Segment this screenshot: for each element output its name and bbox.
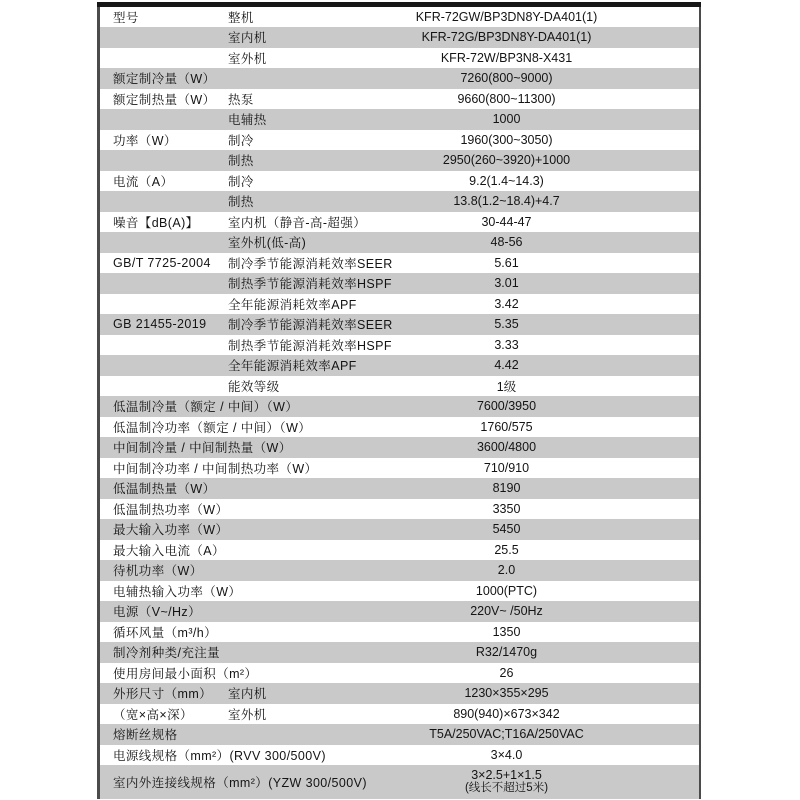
row-value: 710/910 xyxy=(314,461,699,475)
table-row: 电辅热1000 xyxy=(100,109,699,130)
row-value-line2: (线长不超过5米) xyxy=(314,782,699,795)
row-category-label: （宽×高×深） xyxy=(113,705,193,723)
row-category-label: 制冷剂种类/充注量 xyxy=(113,643,220,661)
table-row: 电辅热输入功率（W）1000(PTC) xyxy=(100,581,699,602)
row-sub-label: 制热 xyxy=(228,192,254,210)
row-value: 13.8(1.2~18.4)+4.7 xyxy=(314,194,699,208)
row-value: 1350 xyxy=(314,625,699,639)
row-value: 3350 xyxy=(314,502,699,516)
row-value: R32/1470g xyxy=(314,645,699,659)
row-value: 26 xyxy=(314,666,699,680)
table-row: 使用房间最小面积（m²）26 xyxy=(100,663,699,684)
row-value: 3.01 xyxy=(314,276,699,290)
row-value: 3×4.0 xyxy=(314,748,699,762)
table-row: 低温制冷功率（额定 / 中间）（W）1760/575 xyxy=(100,417,699,438)
table-row: 低温制热量（W）8190 xyxy=(100,478,699,499)
row-value: KFR-72GW/BP3DN8Y-DA401(1) xyxy=(314,10,699,24)
row-value: 25.5 xyxy=(314,543,699,557)
row-category-label: 低温制热量（W） xyxy=(113,479,216,497)
table-row: 电源线规格（mm²）(RVV 300/500V)3×4.0 xyxy=(100,745,699,766)
table-row: 最大输入功率（W）5450 xyxy=(100,519,699,540)
table-row: 额定制热量（W）热泵9660(800~11300) xyxy=(100,89,699,110)
row-value: 1000 xyxy=(314,112,699,126)
table-row: GB/T 7725-2004制冷季节能源消耗效率SEER5.61 xyxy=(100,253,699,274)
row-value: 1960(300~3050) xyxy=(314,133,699,147)
table-row: 中间制冷功率 / 中间制热功率（W）710/910 xyxy=(100,458,699,479)
row-category-label: 功率（W） xyxy=(113,131,177,149)
spec-table: 型号整机KFR-72GW/BP3DN8Y-DA401(1)室内机KFR-72G/… xyxy=(97,7,701,799)
table-row: 制热季节能源消耗效率HSPF3.01 xyxy=(100,273,699,294)
row-category-label: 电源（V~/Hz） xyxy=(113,602,201,620)
row-sub-label: 制热 xyxy=(228,151,254,169)
row-value: 7260(800~9000) xyxy=(314,71,699,85)
row-value: 1000(PTC) xyxy=(314,584,699,598)
row-category-label: 使用房间最小面积（m²） xyxy=(113,664,257,682)
row-category-label: 低温制热功率（W） xyxy=(113,500,228,518)
row-sub-label: 整机 xyxy=(228,8,254,26)
row-value: 3.33 xyxy=(314,338,699,352)
table-row: 能效等级1级 xyxy=(100,376,699,397)
table-row: 制热13.8(1.2~18.4)+4.7 xyxy=(100,191,699,212)
table-row: 循环风量（m³/h）1350 xyxy=(100,622,699,643)
row-value: 1760/575 xyxy=(314,420,699,434)
row-category-label: 电源线规格（mm²）(RVV 300/500V) xyxy=(113,746,326,764)
table-row: GB 21455-2019制冷季节能源消耗效率SEER5.35 xyxy=(100,314,699,335)
row-value: 30-44-47 xyxy=(314,215,699,229)
row-value: 5450 xyxy=(314,522,699,536)
row-sub-label: 室外机 xyxy=(228,49,267,67)
table-row: 室外机KFR-72W/BP3N8-X431 xyxy=(100,48,699,69)
row-category-label: 额定制冷量（W） xyxy=(113,69,216,87)
row-category-label: 熔断丝规格 xyxy=(113,725,178,743)
table-row: 熔断丝规格T5A/250VAC;T16A/250VAC xyxy=(100,724,699,745)
row-value: 1230×355×295 xyxy=(314,686,699,700)
table-row: 全年能源消耗效率APF4.42 xyxy=(100,355,699,376)
table-row: 制热2950(260~3920)+1000 xyxy=(100,150,699,171)
table-row: 室内机KFR-72G/BP3DN8Y-DA401(1) xyxy=(100,27,699,48)
table-row: 待机功率（W）2.0 xyxy=(100,560,699,581)
row-value: 48-56 xyxy=(314,235,699,249)
spec-table-rows: 型号整机KFR-72GW/BP3DN8Y-DA401(1)室内机KFR-72G/… xyxy=(100,7,699,799)
row-category-label: 中间制冷功率 / 中间制热功率（W） xyxy=(113,459,317,477)
row-category-label: 电辅热输入功率（W） xyxy=(113,582,241,600)
row-value: 5.35 xyxy=(314,317,699,331)
table-row: 室内外连接线规格（mm²）(YZW 300/500V)3×2.5+1×1.5(线… xyxy=(100,765,699,799)
row-value: 890(940)×673×342 xyxy=(314,707,699,721)
table-row: 低温制冷量（额定 / 中间）（W）7600/3950 xyxy=(100,396,699,417)
row-value: 2950(260~3920)+1000 xyxy=(314,153,699,167)
table-row: 型号整机KFR-72GW/BP3DN8Y-DA401(1) xyxy=(100,7,699,28)
row-category-label: 额定制热量（W） xyxy=(113,90,216,108)
row-category-label: 低温制冷量（额定 / 中间）（W） xyxy=(113,397,298,415)
row-value: 4.42 xyxy=(314,358,699,372)
row-value: 2.0 xyxy=(314,563,699,577)
table-row: 电源（V~/Hz）220V~ /50Hz xyxy=(100,601,699,622)
table-row: 制热季节能源消耗效率HSPF3.33 xyxy=(100,335,699,356)
row-sub-label: 室内机 xyxy=(228,684,267,702)
row-category-label: 型号 xyxy=(113,8,139,26)
row-value: 220V~ /50Hz xyxy=(314,604,699,618)
row-sub-label: 室内机 xyxy=(228,28,267,46)
row-value: 9660(800~11300) xyxy=(314,92,699,106)
row-value-line1: 3×2.5+1×1.5 xyxy=(314,769,699,782)
row-sub-label: 能效等级 xyxy=(228,377,280,395)
row-value: 3.42 xyxy=(314,297,699,311)
row-sub-label: 制冷 xyxy=(228,131,254,149)
row-value: T5A/250VAC;T16A/250VAC xyxy=(314,727,699,741)
row-category-label: 中间制冷量 / 中间制热量（W） xyxy=(113,438,292,456)
table-row: 室外机(低-高)48-56 xyxy=(100,232,699,253)
row-sub-label: 制冷 xyxy=(228,172,254,190)
row-sub-label: 电辅热 xyxy=(228,110,267,128)
row-value: 1级 xyxy=(314,377,699,395)
row-category-label: 循环风量（m³/h） xyxy=(113,623,217,641)
table-row: 噪音【dB(A)】室内机（静音-高-超强）30-44-47 xyxy=(100,212,699,233)
row-value: 3×2.5+1×1.5(线长不超过5米) xyxy=(314,769,699,795)
row-sub-label: 热泵 xyxy=(228,90,254,108)
table-row: 低温制热功率（W）3350 xyxy=(100,499,699,520)
row-value: 9.2(1.4~14.3) xyxy=(314,174,699,188)
table-row: 全年能源消耗效率APF3.42 xyxy=(100,294,699,315)
row-category-label: 最大输入电流（A） xyxy=(113,541,225,559)
row-value: 3600/4800 xyxy=(314,440,699,454)
row-category-label: 噪音【dB(A)】 xyxy=(113,213,199,231)
row-category-label: GB 21455-2019 xyxy=(113,317,206,331)
table-row: 最大输入电流（A）25.5 xyxy=(100,540,699,561)
row-value: KFR-72W/BP3N8-X431 xyxy=(314,51,699,65)
table-row: （宽×高×深）室外机890(940)×673×342 xyxy=(100,704,699,725)
row-sub-label: 室外机(低-高) xyxy=(228,233,306,251)
row-category-label: 外形尺寸（mm） xyxy=(113,684,212,702)
table-row: 功率（W）制冷1960(300~3050) xyxy=(100,130,699,151)
row-category-label: 低温制冷功率（额定 / 中间）（W） xyxy=(113,418,311,436)
table-row: 电流（A）制冷9.2(1.4~14.3) xyxy=(100,171,699,192)
row-category-label: 待机功率（W） xyxy=(113,561,203,579)
row-category-label: 电流（A） xyxy=(113,172,173,190)
row-category-label: 最大输入功率（W） xyxy=(113,520,228,538)
row-category-label: GB/T 7725-2004 xyxy=(113,256,211,270)
table-row: 外形尺寸（mm）室内机1230×355×295 xyxy=(100,683,699,704)
table-row: 中间制冷量 / 中间制热量（W）3600/4800 xyxy=(100,437,699,458)
row-value: 7600/3950 xyxy=(314,399,699,413)
table-row: 额定制冷量（W）7260(800~9000) xyxy=(100,68,699,89)
table-row: 制冷剂种类/充注量R32/1470g xyxy=(100,642,699,663)
row-value: 8190 xyxy=(314,481,699,495)
row-value: KFR-72G/BP3DN8Y-DA401(1) xyxy=(314,30,699,44)
row-value: 5.61 xyxy=(314,256,699,270)
row-sub-label: 室外机 xyxy=(228,705,267,723)
spec-sheet: 型号整机KFR-72GW/BP3DN8Y-DA401(1)室内机KFR-72G/… xyxy=(0,0,800,800)
